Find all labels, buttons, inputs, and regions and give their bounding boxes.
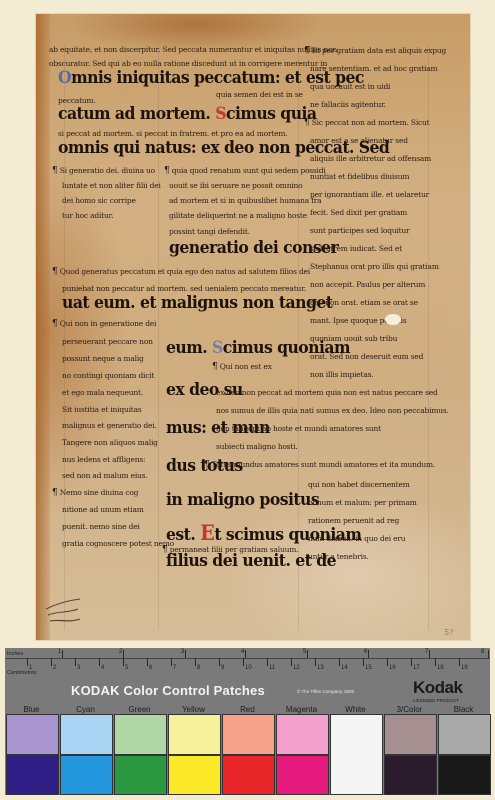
patch-red-light	[222, 714, 275, 755]
paragraph-mark-icon: ¶	[304, 118, 310, 128]
gloss-line: deo non orat. etiam se orat se	[310, 298, 418, 307]
kodak-color-target: Inches Centimetres 1 2 3 4 5 6 7 8 1 2 3…	[5, 648, 490, 795]
ruling-line	[428, 44, 429, 630]
gloss-line: ¶ Si generatio dei. diuina uo	[52, 166, 155, 176]
main-text-line: uat eum. et malignus non tanget	[62, 294, 332, 312]
paragraph-mark-icon: ¶	[212, 362, 218, 372]
gloss-line: subiecti maligno hosti.	[216, 442, 298, 451]
gloss-line: dei homo sic corripe	[62, 196, 136, 205]
patch-3color-light	[384, 714, 437, 755]
folio-number: 5?	[444, 628, 453, 637]
gloss-line: perseuerant peccare non	[62, 337, 153, 346]
gloss-line: gratia cognoscere potest nemo	[62, 539, 174, 548]
gloss-line: fecit. Sed dixit per gratiam	[310, 208, 407, 217]
patch-label-blue: Blue	[5, 705, 58, 714]
gloss-line: possint tangi defendit.	[169, 227, 250, 236]
gloss-line: amor est a se alienatur sed	[310, 136, 408, 145]
patch-label-magenta: Magenta	[275, 705, 328, 714]
gloss-line: nus ledens et affligens:	[62, 455, 145, 464]
paragraph-mark-icon: ¶	[52, 488, 58, 498]
patch-label-yellow: Yellow	[167, 705, 220, 714]
decorated-initial-s: S	[215, 104, 226, 124]
gloss-line: non accepit. Paulus per alterum	[310, 280, 425, 289]
gloss-line: untur a tenebris.	[308, 552, 369, 561]
gloss-line: ¶ Totus mundus amatores sunt mundi amato…	[204, 460, 435, 470]
gloss-line: ¶ Quod generatus peccatum et quia ego de…	[52, 267, 310, 277]
patch-label-red: Red	[221, 705, 274, 714]
gloss-line: puenit. nemo sine dei	[62, 522, 140, 531]
patch-label-cyan: Cyan	[59, 705, 112, 714]
gloss-line: qua uocauit est in uidi	[310, 82, 390, 91]
patch-label-green: Green	[113, 705, 166, 714]
parchment-hole	[385, 314, 401, 325]
patch-cyan-dark	[60, 755, 113, 795]
gloss-line: nare sententiam. et ad hoc gratiam	[310, 64, 437, 73]
gloss-line: possunt neque a malig	[62, 354, 144, 363]
gloss-line: ¶ quia quod renatum sunt qui sedem possi…	[164, 166, 326, 176]
patch-black-dark	[438, 755, 491, 795]
gloss-line: puniebat non peccatur ad mortem. sed uen…	[62, 284, 306, 293]
gloss-line: ¶ Qui non in generatione dei	[52, 319, 156, 329]
gloss-line: orat. Sed non deseruit eum sed	[310, 352, 423, 361]
gloss-line: nos sumus de illis quia nati sumus ex de…	[216, 406, 449, 415]
gloss-line: sunt participes sed loquitur	[310, 226, 410, 235]
gloss-line: num diaboli. in quo dei eru	[308, 534, 405, 543]
gloss-line: per ignorantiam ille. et uelaretur	[310, 190, 429, 199]
patch-magenta-light	[276, 714, 329, 755]
copyright-notice: © The Tiffen Company, 2000	[297, 689, 354, 694]
gloss-line: Tangere non aliquos malig	[62, 438, 158, 447]
gloss-line: ¶ Et per gratiam data est aliquis expug	[304, 46, 446, 56]
gloss-line: tur hoc aditur.	[62, 211, 113, 220]
gloss-line: ¶ Qui non est ex	[212, 362, 272, 372]
licensed-product-label: LICENSED PRODUCT	[413, 698, 459, 703]
patch-blue-dark	[6, 755, 59, 795]
patch-blue-light	[6, 714, 59, 755]
gloss-line: ne fallaciis agitentur.	[310, 100, 386, 109]
patch-label-white: White	[329, 705, 382, 714]
patch-label-black: Black	[437, 705, 490, 714]
patch-cyan-light	[60, 714, 113, 755]
gloss-line: ex deo non peccat ad mortem quia non est…	[216, 388, 438, 397]
gloss-line: se fratrem iudicat. Sed et	[310, 244, 402, 253]
gloss-line: non tangent ab hoste et mundi amatores s…	[216, 424, 381, 433]
gloss-line: rationem peruenit ad reg	[308, 516, 399, 525]
decorated-initial-o: O	[58, 68, 71, 88]
patch-green-dark	[114, 755, 167, 795]
gloss-line: ¶ Sic peccat non ad mortem. Sicut	[304, 118, 430, 128]
main-text-line: catum ad mortem. Scimus quia	[58, 105, 316, 123]
gloss-line: no contingi quoniam dicit	[62, 371, 154, 380]
patch-white	[330, 714, 383, 795]
ruler: Inches Centimetres 1 2 3 4 5 6 7 8 1 2 3…	[5, 648, 490, 678]
patch-3color-dark	[384, 755, 437, 795]
gloss-line: bonum et malum: per primam	[308, 498, 417, 507]
pen-trial-doodle-icon	[44, 597, 84, 627]
gloss-line: quia semen dei est in se	[216, 90, 303, 99]
ruler-baseline	[5, 658, 490, 659]
gloss-line: ¶ Nemo sine diuina cog	[52, 488, 138, 498]
gloss-line: si peccat ad mortem. si peccat in fratre…	[58, 129, 287, 138]
main-text-line: in maligno positus	[166, 491, 319, 509]
decorated-initial-e: E	[200, 520, 214, 545]
patch-green-light	[114, 714, 167, 755]
gloss-line: Sit iustitia et iniquitas	[62, 405, 142, 414]
paragraph-mark-icon: ¶	[52, 319, 58, 329]
paragraph-mark-icon: ¶	[52, 166, 58, 176]
patch-yellow-light	[168, 714, 221, 755]
target-title: KODAK Color Control Patches	[71, 683, 265, 698]
gloss-line: obscuratur. Sed qui ab eo nulla ratione …	[49, 59, 327, 68]
gloss-line: ab equitate, et non discerpitur. Sed pec…	[49, 45, 337, 54]
gloss-line: et ego mala nequeunt.	[62, 388, 143, 397]
gloss-line: Stephanus orat pro illis qui gratiam	[310, 262, 439, 271]
gloss-line: uouit se ibi seruare ne possit omnino	[169, 181, 302, 190]
paragraph-mark-icon: ¶	[204, 460, 210, 470]
gloss-line: qui non habet discernentem	[308, 480, 410, 489]
patch-yellow-dark	[168, 755, 221, 795]
inches-label: Inches	[7, 651, 23, 657]
gloss-line: luntate et non aliter filii dei	[62, 181, 161, 190]
patch-red-dark	[222, 755, 275, 795]
gloss-line: nuntiat et fidelibus diuisum	[310, 172, 409, 181]
gloss-line: quoniam uouit sub tribu	[310, 334, 397, 343]
paragraph-mark-icon: ¶	[304, 46, 310, 56]
gloss-line: sed non ad malum eius.	[62, 471, 148, 480]
gloss-line: nitione ad unum etiam	[62, 505, 144, 514]
paragraph-mark-icon: ¶	[52, 267, 58, 277]
patch-black-light	[438, 714, 491, 755]
decorated-initial-s: S	[212, 338, 223, 358]
gloss-line: non illis impietas.	[310, 370, 373, 379]
gloss-line: gilitate deliquerint ne a maligno hoste	[169, 211, 307, 220]
kodak-logo: Kodak	[413, 678, 462, 698]
gloss-line: aliquis ille arbitretur ad offensam	[310, 154, 431, 163]
patch-label-3color: 3/Color	[383, 705, 436, 714]
gloss-line: ad mortem et si in quibuslibet humana fr…	[169, 196, 321, 205]
patch-magenta-dark	[276, 755, 329, 795]
paragraph-mark-icon: ¶	[164, 166, 170, 176]
gloss-line: malignus et generatio dei.	[62, 421, 157, 430]
manuscript-leaf: ab equitate, et non discerpitur. Sed pec…	[36, 14, 470, 640]
